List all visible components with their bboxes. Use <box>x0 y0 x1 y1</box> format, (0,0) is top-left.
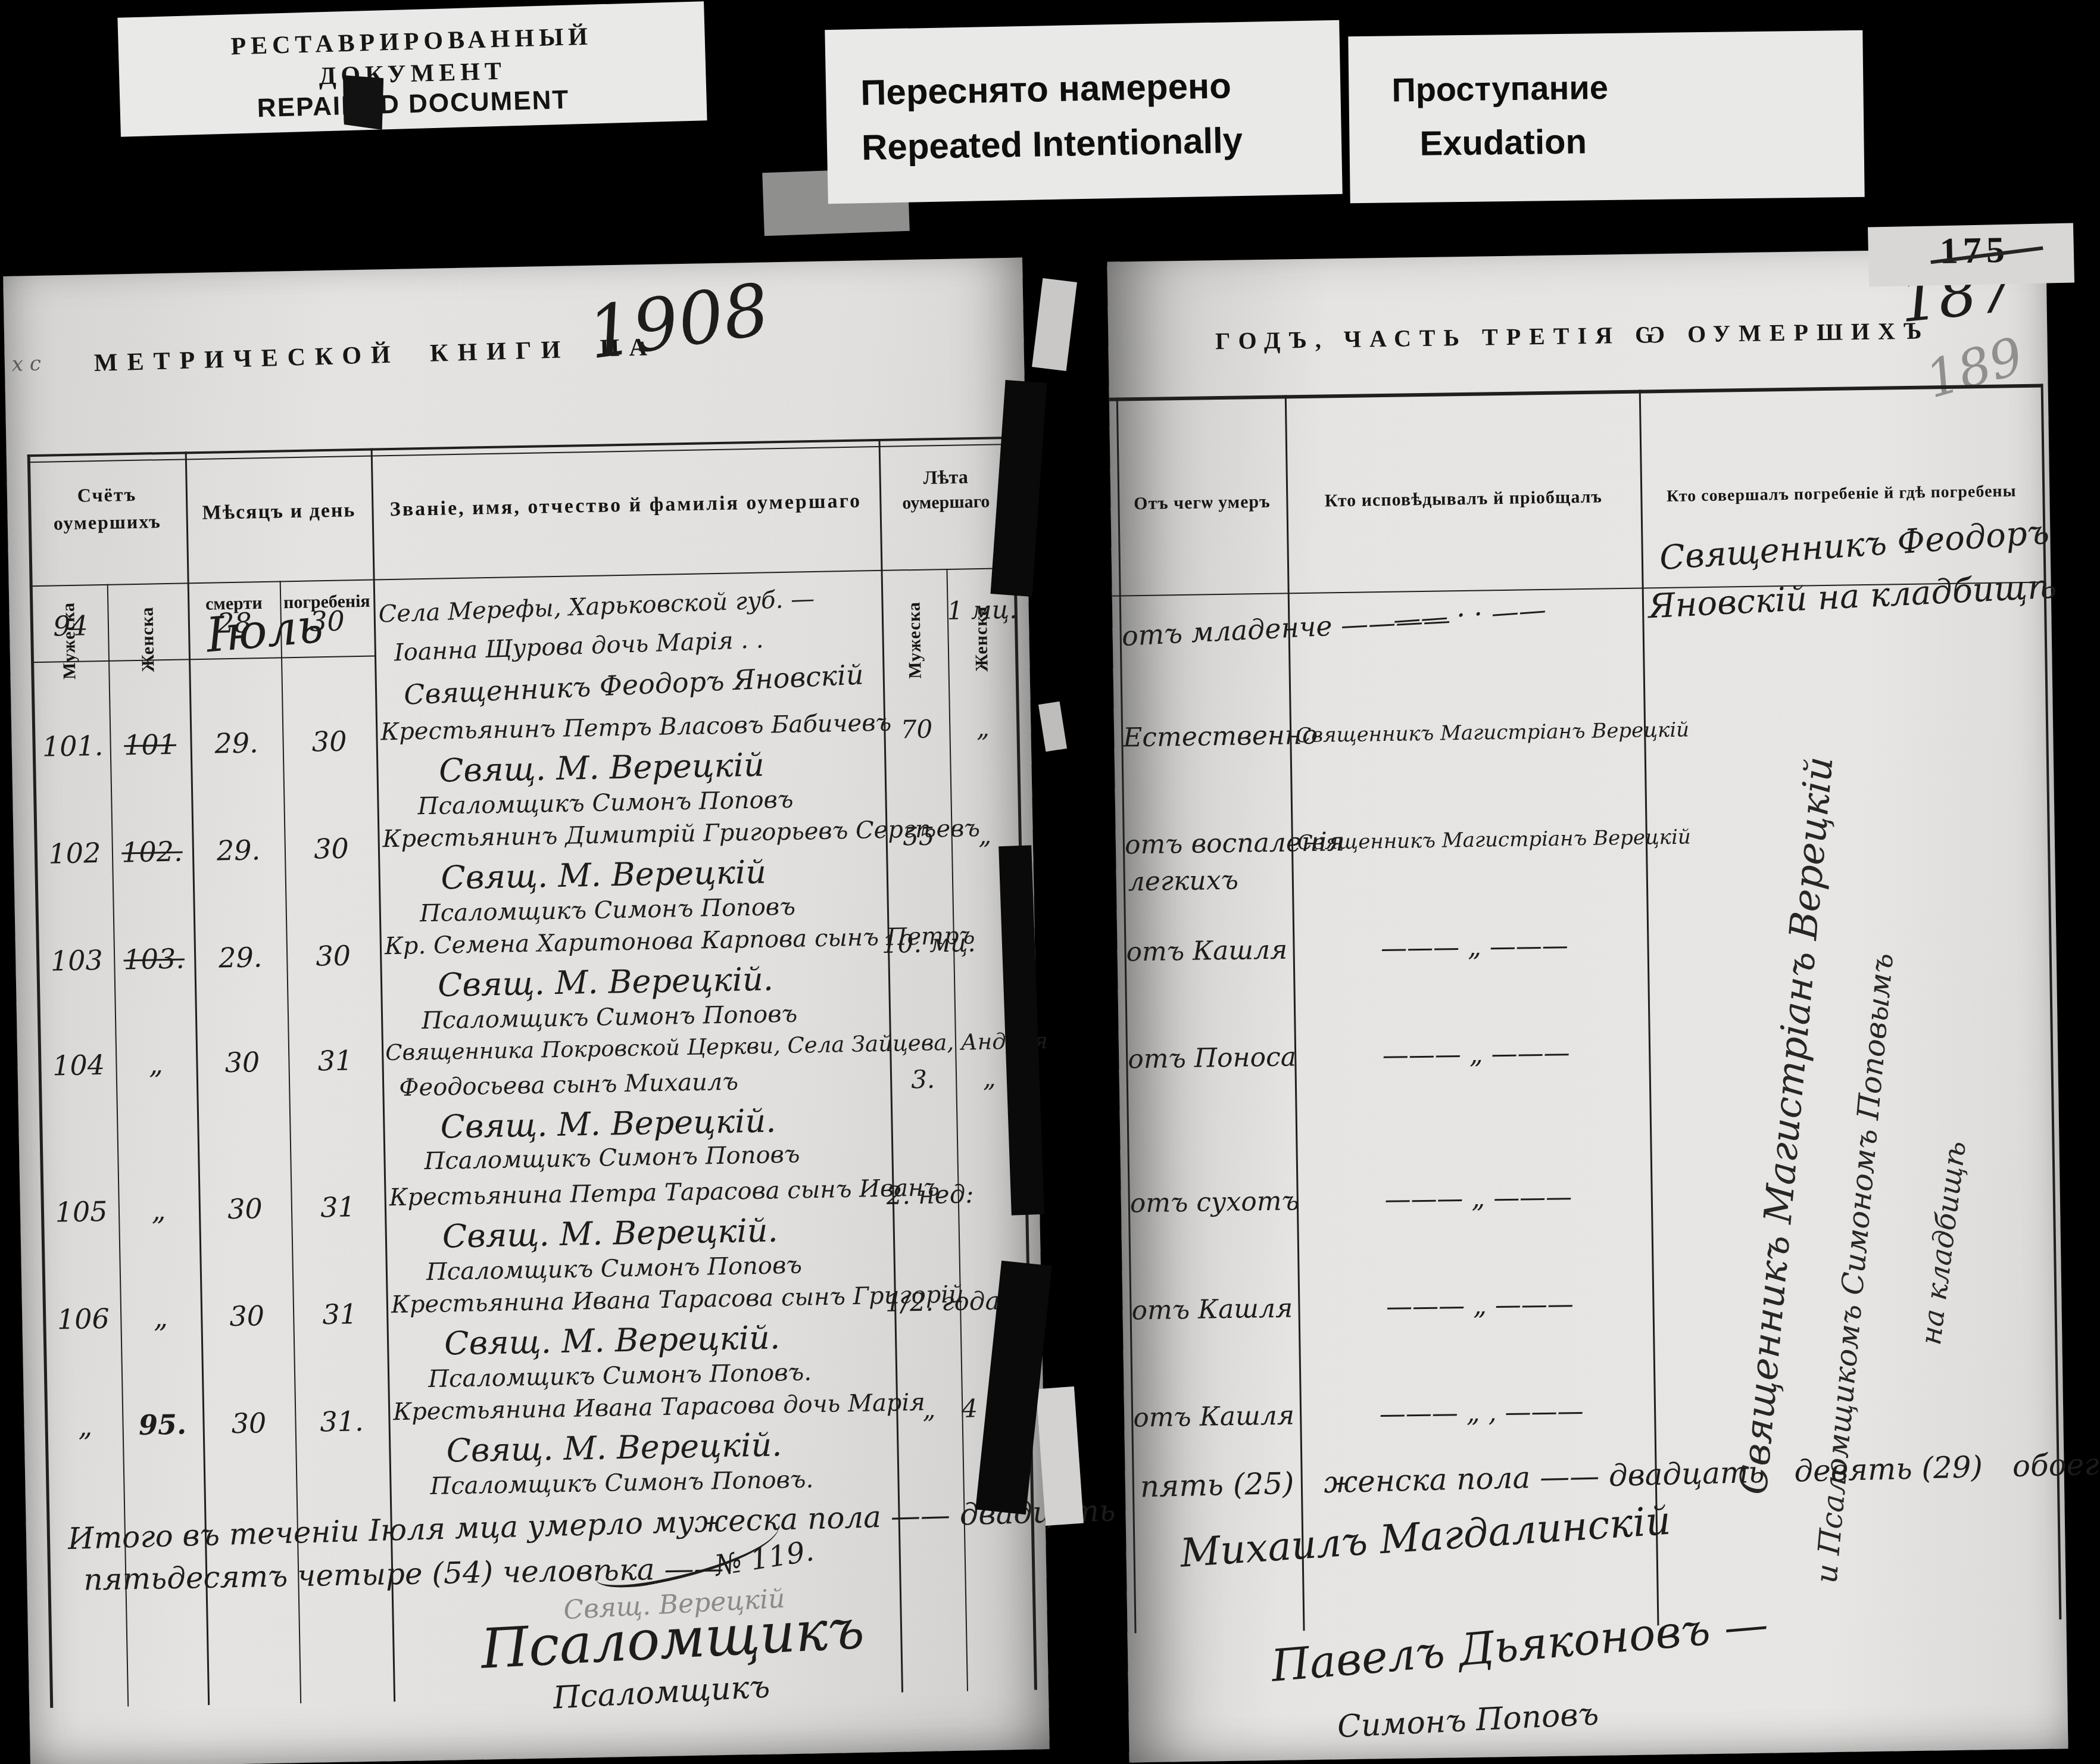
row-count-struck: 101 <box>113 728 188 761</box>
printed-page-number: 175 <box>1939 229 2009 273</box>
row-count: 94 <box>36 609 105 643</box>
row-count-ditto: „ <box>51 1410 120 1443</box>
row-death-day: 30 <box>201 1299 294 1333</box>
row-death-day: 29. <box>192 833 285 867</box>
vertical-cemetery-text: на кладбищѣ <box>1910 1108 1977 1377</box>
count-female-label: Женска <box>137 588 159 690</box>
row-cause: отъ Кашля <box>1133 1400 1294 1433</box>
row-officiant-line: Священникъ Феодоръ Яновскій <box>403 658 864 710</box>
row-confessor-ditto: ——— „ ——— <box>1317 1181 1639 1216</box>
row-age-male: 1/2. года <box>885 1286 969 1317</box>
col-burial-header: Кто совершалъ погребеніе й гдѣ погребены <box>1640 482 2042 507</box>
row-burial-day: 30 <box>282 725 376 759</box>
left-page-title: МЕТРИЧЕСКОЙ КНИГИ НА <box>93 333 657 378</box>
row-burial-day: 31. <box>295 1404 389 1438</box>
summary-continuation: пять (25) женска пола —— двадцать девять… <box>1140 1443 2100 1504</box>
row-confessor: Священникъ Магистріанъ Верецкій <box>1296 718 1689 747</box>
row-name-line: Священника Покровской Церкви, Села Зайце… <box>385 1028 1048 1065</box>
right-page-title: ГОДЪ, ЧАСТЬ ТРЕТІЯ Ѡ ОУМЕРШИХЪ <box>1156 316 1990 356</box>
row-confessor: Священникъ Магистріанъ Верецкій <box>1297 825 1691 855</box>
vertical-psalmist-text: и Псаломщикомъ Симономъ Поповымъ <box>1809 953 1900 1585</box>
row-death-day: 30 <box>196 1045 289 1079</box>
row-age-female: „ <box>949 713 1017 743</box>
exudation-ru-line: Проступание <box>1391 68 1608 109</box>
row-count: 106 <box>49 1302 118 1336</box>
row-count-struck: 102. <box>114 835 189 868</box>
row-age-male: 3. <box>890 1064 956 1095</box>
row-cause: Естественно <box>1123 720 1318 753</box>
row-psalmist: Псаломщикъ Симонъ Поповъ. <box>428 1359 798 1393</box>
row-age-female: 1 мц. <box>947 595 1015 625</box>
signature-1: Михаилъ Магдалинскій <box>1179 1498 1672 1576</box>
signature-2: Павелъ Дьяконовъ — <box>1269 1599 1770 1692</box>
row-count: 103 <box>42 944 111 977</box>
signature-big: Псаломщикъ <box>479 1597 866 1681</box>
row-age-male: 70 <box>884 714 950 744</box>
row-psalmist: Псаломщикъ Симонъ Поповъ. <box>430 1466 800 1500</box>
row-cause: отъ Поноса <box>1128 1042 1296 1074</box>
row-psalmist: Псаломщикъ Симонъ Поповъ <box>426 1252 796 1286</box>
row-confessor-ditto: ——— „ ——— <box>1313 930 1636 965</box>
row-burial-day: 30 <box>286 939 380 973</box>
row-death-day: 29. <box>190 726 283 760</box>
table-line <box>1639 390 1659 1626</box>
row-name-line: Крестьянина Петра Тарасова сынъ Иванъ <box>389 1174 940 1211</box>
col-count-header2: оумершихъ <box>28 510 186 535</box>
repeated-en-line: Repeated Intentionally <box>861 120 1243 168</box>
row-psalmist: Псаломщикъ Симонъ Поповъ <box>424 1141 794 1175</box>
page-corner-backing: 175 <box>1868 223 2074 286</box>
corner-marks: х с <box>12 352 42 376</box>
row-signature: Свящ. М. Верецкій. <box>429 1426 799 1470</box>
row-cause: отъ Кашля <box>1131 1293 1293 1326</box>
col-name-header: Званіе, имя, отчество й фамилія оумершаг… <box>372 490 880 522</box>
signature-small: Псаломщикъ <box>553 1669 771 1716</box>
row-name-line: Крестьянина Ивана Тарасова дочь Марія <box>393 1389 925 1426</box>
left-page-year: 1908 <box>583 268 775 375</box>
row-death-day: 28 <box>188 606 280 640</box>
row-count: 95. <box>125 1408 200 1441</box>
paper-shard <box>1032 278 1077 371</box>
row-name-line: Крестьянинъ Петръ Власовъ Бабичевъ <box>380 709 892 746</box>
row-cause-line2: легкихъ <box>1128 865 1238 897</box>
row-confessor-ditto: ——— „ ——— <box>1315 1037 1637 1072</box>
row-count-ditto: „ <box>121 1193 196 1227</box>
row-burial-day: 30 <box>284 832 378 866</box>
row-burial-day: 31 <box>288 1043 382 1077</box>
row-psalmist: Псаломщикъ Симонъ Поповъ <box>417 786 787 820</box>
left-page: х с МЕТРИЧЕСКОЙ КНИГИ НА 1908 Счётъ оуме… <box>3 258 1050 1764</box>
label-card-repaired: РЕСТАВРИРОВАННЫЙ ДОКУМЕНТ REPAIRED DOCUM… <box>117 1 707 136</box>
table-line <box>1116 398 1137 1634</box>
row-confessor-ditto: ——— „ , ——— <box>1321 1395 1643 1430</box>
right-page: 187 189 ГОДЪ, ЧАСТЬ ТРЕТІЯ Ѡ ОУМЕРШИХЪ О… <box>1107 248 2068 1762</box>
row-signature: Свящ. М. Верецкій. <box>428 1319 797 1363</box>
row-burial-day: 30 <box>280 604 374 638</box>
signature-3: Симонъ Поповъ <box>1337 1696 1600 1745</box>
row-psalmist: Псаломщикъ Симонъ Поповъ <box>420 893 790 927</box>
row-count-ditto: „ <box>118 1047 194 1080</box>
row-burial-line: Яновскій на кладбищѣ <box>1647 567 2058 626</box>
row-death-day: 30 <box>198 1192 291 1226</box>
row-death-day: 30 <box>202 1406 295 1440</box>
col-cause-header: Отъ чегѡ умеръ <box>1118 491 1286 514</box>
row-cause: отъ сухотъ <box>1129 1186 1299 1218</box>
row-confessor-ditto: —— · · —— <box>1308 588 1631 641</box>
row-confessor-ditto: ——— „ ——— <box>1319 1288 1641 1323</box>
row-signature: Свящ. М. Верецкій. <box>425 1211 795 1255</box>
table-line <box>1285 395 1305 1631</box>
exudation-en-line: Exudation <box>1419 121 1587 163</box>
row-burial-line: Священникъ Феодоръ <box>1658 513 2051 578</box>
row-name-line: Села Мерефы, Харьковской губ. — <box>378 585 815 628</box>
col-count-header: Счётъ <box>28 482 186 507</box>
row-name-line: Феодосьева сынъ Михаилъ <box>399 1068 739 1101</box>
row-age-male: 2. нед: <box>886 1180 964 1210</box>
age-male-label: Мужеска <box>904 590 926 691</box>
row-burial-day: 31 <box>293 1297 387 1331</box>
col-age-header1: Лѣта <box>879 465 1012 490</box>
col-monthday-header: Мѣсяцъ и день <box>186 499 372 525</box>
repeated-ru-line: Переснято намерено <box>860 65 1232 113</box>
row-age-male: 10. мц. <box>882 928 960 959</box>
paper-shard <box>1038 702 1067 752</box>
row-signature: Свящ. М. Верецкій. <box>421 960 791 1004</box>
row-count: 105 <box>47 1195 116 1229</box>
col-age-header2: оумершаго <box>879 491 1013 514</box>
label-card-exudation: Проступание Exudation <box>1348 30 1864 204</box>
row-signature: Свящ. М. Верецкій <box>419 853 788 897</box>
row-burial-day: 31 <box>291 1190 385 1224</box>
row-cause: отъ Кашля <box>1126 934 1287 967</box>
row-signature: Свящ. М. Верецкій <box>417 746 787 790</box>
row-count: 101. <box>38 730 107 763</box>
row-count-struck: 103. <box>117 942 192 976</box>
row-age-male: „ <box>896 1394 962 1425</box>
label-card-repeated: Переснято намерено Repeated Intentionall… <box>825 20 1342 204</box>
col-confessor-header: Кто исповѣдывалъ й пріобщалъ <box>1286 487 1640 512</box>
row-count: 104 <box>44 1049 113 1082</box>
row-death-day: 29. <box>194 940 287 974</box>
row-name-line: Крестьянина Ивана Тарасова сынъ Григорій <box>391 1281 965 1319</box>
row-count-ditto: „ <box>123 1301 198 1334</box>
row-age-male: 55 <box>885 821 951 852</box>
row-psalmist: Псаломщикъ Симонъ Поповъ <box>422 1001 791 1034</box>
table-line <box>30 568 1014 587</box>
clip-tab <box>341 73 388 133</box>
row-signature: Свящ. М. Верецкій. <box>423 1102 793 1146</box>
archival-scan: РЕСТАВРИРОВАННЫЙ ДОКУМЕНТ REPAIRED DOCUM… <box>0 0 2100 1764</box>
row-count: 102 <box>40 837 109 870</box>
table-line <box>31 656 375 663</box>
row-name-line: Іоанна Щурова дочь Марія . . <box>394 626 764 666</box>
table-line <box>1109 384 2043 401</box>
